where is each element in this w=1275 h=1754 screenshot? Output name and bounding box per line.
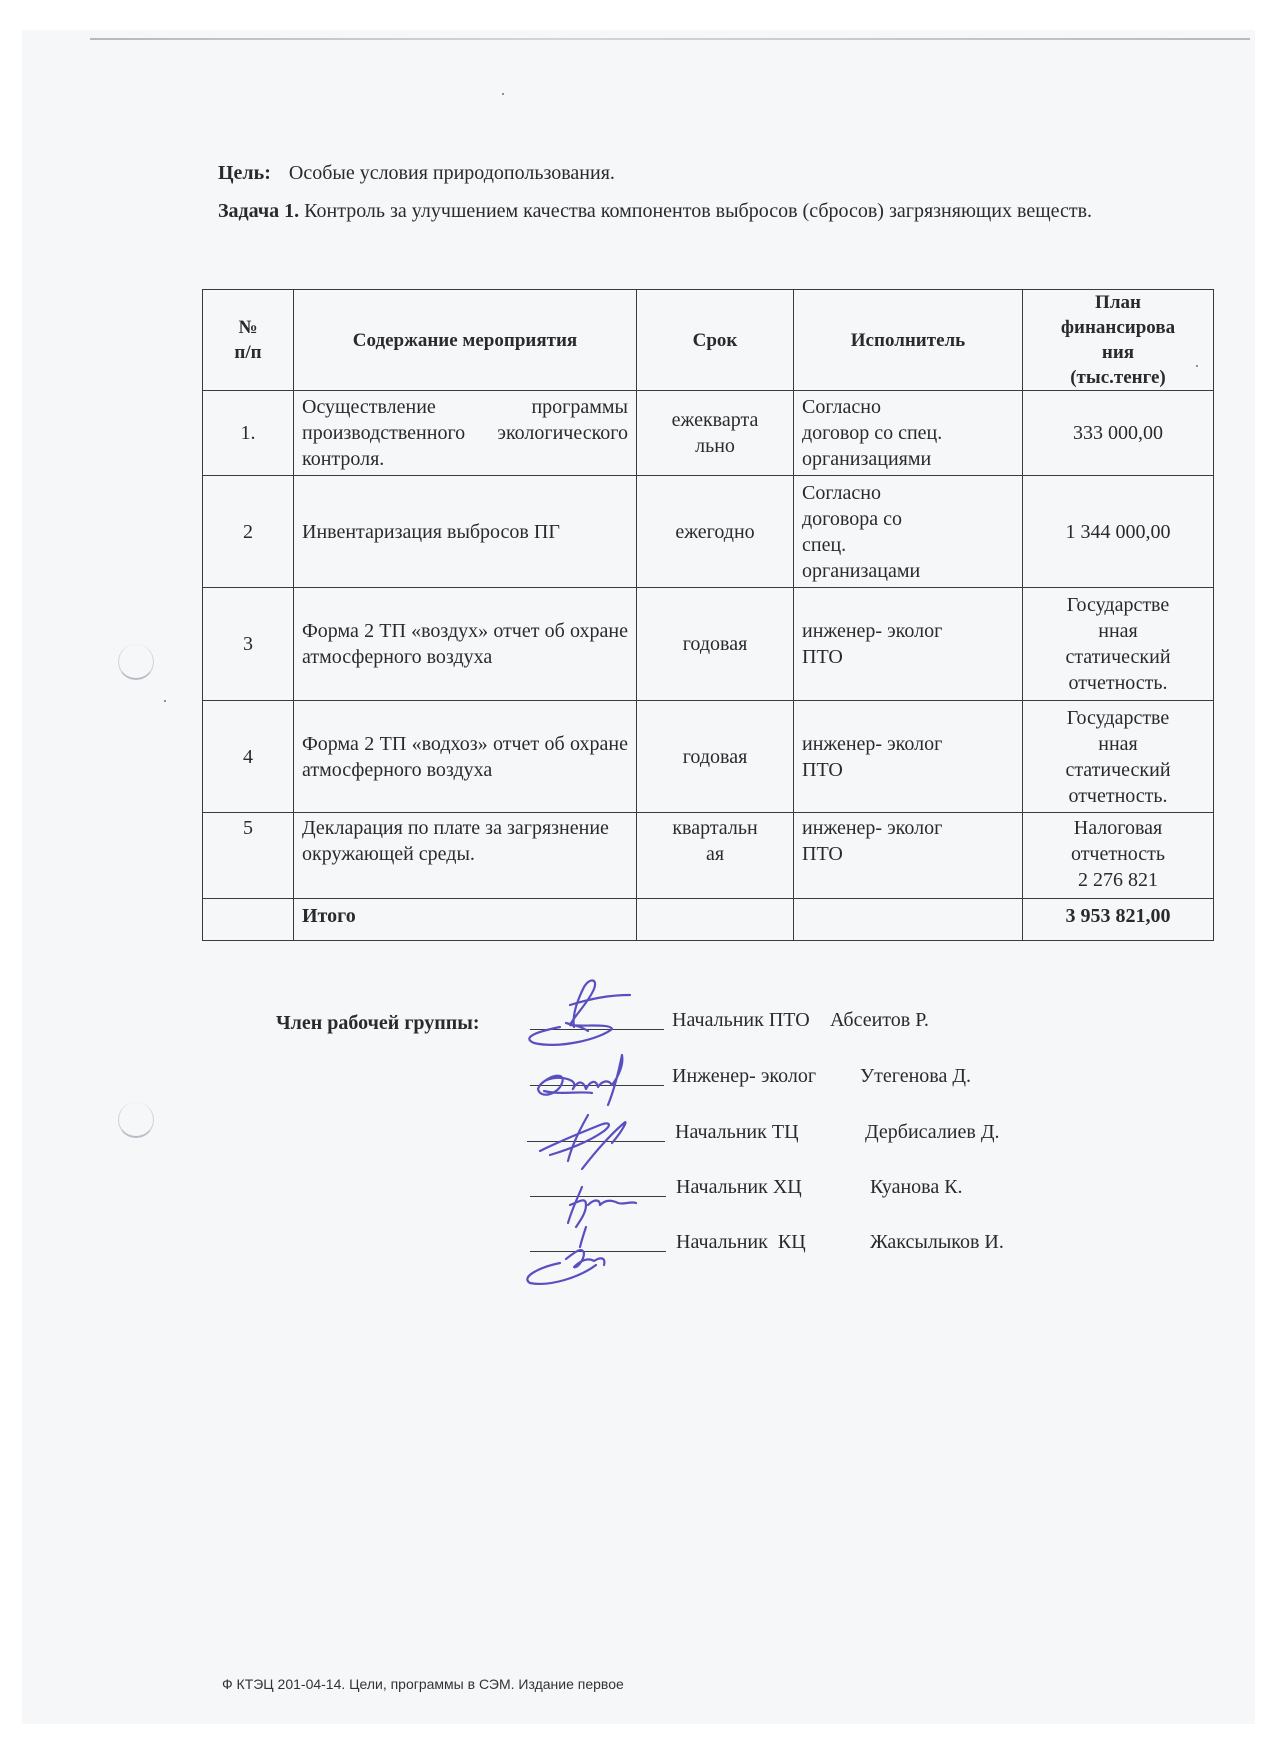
cell-description: Форма 2 ТП «воздух» отчет об охране атмо… xyxy=(294,588,637,701)
goal-text: Особые условия природопользования. xyxy=(289,162,615,184)
working-group-label: Член рабочей группы: xyxy=(276,1012,480,1035)
cell-description: Инвентаризация выбросов ПГ xyxy=(294,476,637,588)
header-num: № п/п xyxy=(203,290,294,391)
cell-num: 5 xyxy=(203,813,294,899)
cell-num: 3 xyxy=(203,588,294,701)
cell-term: ежегодно xyxy=(637,476,794,588)
table-total-row: Итого 3 953 821,00 xyxy=(203,899,1214,941)
cell-plan: 1 344 000,00 xyxy=(1023,476,1214,588)
signer-name: Утегенова Д. xyxy=(860,1065,971,1088)
task-line: Задача 1. Контроль за улучшением качеств… xyxy=(218,197,1203,226)
signer-name: Жаксылыков И. xyxy=(870,1231,1004,1254)
total-value: 3 953 821,00 xyxy=(1023,899,1214,941)
table-row: 2 Инвентаризация выбросов ПГ ежегодно Со… xyxy=(203,476,1214,588)
header-executor: Исполнитель xyxy=(794,290,1023,391)
cell-term: годовая xyxy=(637,701,794,813)
cell-description: Декларация по плате за загрязнение окруж… xyxy=(294,813,637,899)
cell-empty xyxy=(203,899,294,941)
cell-executor: инженер- эколог ПТО xyxy=(794,813,1023,899)
cell-term: ежекварта льно xyxy=(637,391,794,476)
cell-num: 4 xyxy=(203,701,294,813)
task-text: Контроль за улучшением качества компонен… xyxy=(299,200,1092,222)
cell-executor: Согласно договора со спец. организацами xyxy=(794,476,1023,588)
table-row: 3 Форма 2 ТП «воздух» отчет об охране ат… xyxy=(203,588,1214,701)
cell-plan: Налоговая отчетность 2 276 821 xyxy=(1023,813,1214,899)
scan-speck xyxy=(502,93,504,95)
task-label: Задача 1. xyxy=(218,200,299,222)
cell-term: квартальн ая xyxy=(637,813,794,899)
cell-empty xyxy=(637,899,794,941)
document-footer: Ф КТЭЦ 201-04-14. Цели, программы в СЭМ.… xyxy=(222,1676,624,1692)
table-row: 5 Декларация по плате за загрязнение окр… xyxy=(203,813,1214,899)
cell-description: Осуществление программы производственног… xyxy=(294,391,637,476)
header-description: Содержание мероприятия xyxy=(294,290,637,391)
goal-label: Цель: xyxy=(218,162,271,184)
signer-name: Куанова К. xyxy=(870,1176,963,1199)
signer-name: Абсеитов Р. xyxy=(830,1009,929,1032)
table-row: 4 Форма 2 ТП «водхоз» отчет об охране ат… xyxy=(203,701,1214,813)
table-row: 1. Осуществление программы производствен… xyxy=(203,391,1214,476)
cell-plan: 333 000,00 xyxy=(1023,391,1214,476)
header-term: Срок xyxy=(637,290,794,391)
cell-executor: Согласно договор со спец. организациями xyxy=(794,391,1023,476)
cell-executor: инженер- эколог ПТО xyxy=(794,588,1023,701)
scan-top-edge xyxy=(90,38,1250,40)
total-label: Итого xyxy=(294,899,637,941)
hole-punch-mark xyxy=(118,1102,154,1138)
cell-plan: Государстве нная статический отчетность. xyxy=(1023,701,1214,813)
handwritten-signatures-icon xyxy=(500,965,700,1285)
cell-description: Форма 2 ТП «водхоз» отчет об охране атмо… xyxy=(294,701,637,813)
hole-punch-mark xyxy=(118,644,154,680)
action-plan-table: № п/п Содержание мероприятия Срок Исполн… xyxy=(202,289,1214,941)
cell-num: 2 xyxy=(203,476,294,588)
cell-term: годовая xyxy=(637,588,794,701)
cell-executor: инженер- эколог ПТО xyxy=(794,701,1023,813)
table-header-row: № п/п Содержание мероприятия Срок Исполн… xyxy=(203,290,1214,391)
scan-speck xyxy=(164,700,166,702)
goal-line: Цель:Особые условия природопользования. xyxy=(218,162,615,185)
cell-empty xyxy=(794,899,1023,941)
signer-name: Дербисалиев Д. xyxy=(865,1121,999,1144)
cell-num: 1. xyxy=(203,391,294,476)
cell-plan: Государстве нная статический отчетность. xyxy=(1023,588,1214,701)
header-plan-funding: План финансирова ния (тыс.тенге) xyxy=(1023,290,1214,391)
